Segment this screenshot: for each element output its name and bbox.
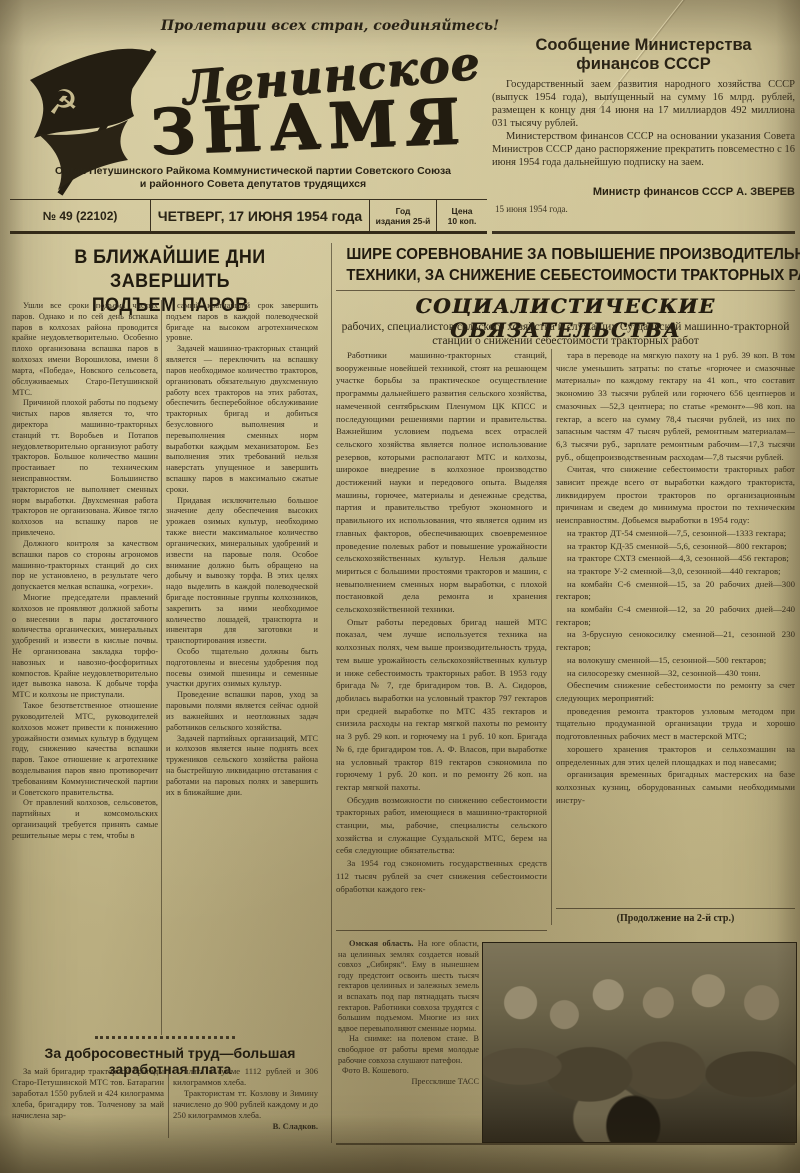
finance-minister-signature: Министр финансов СССР А. ЗВЕРЕВ — [492, 186, 795, 198]
horizontal-rule — [336, 290, 795, 291]
obligations-subtitle: рабочих, специалистов сельского хозяйств… — [338, 321, 793, 348]
paragraph: Считая, что снижение себестоимости тракт… — [556, 463, 795, 527]
paragraph: Омская область. На юге области, на целин… — [338, 939, 479, 1034]
paragraph: Опыт работы передовых бригад нашей МТС п… — [336, 616, 547, 794]
paragraph: От правлений колхозов, сельсоветов, парт… — [12, 798, 158, 841]
agency-credit: Прессклише ТАСС — [338, 1077, 479, 1088]
column-rule — [168, 1066, 169, 1138]
paragraph: Министерством финансов СССР на основании… — [492, 130, 795, 169]
finance-report-date: 15 июня 1954 года. — [495, 204, 695, 214]
paragraph: Задачей машинно-тракторных станций являе… — [166, 344, 318, 495]
caption-region-lead: Омская область. — [349, 939, 413, 948]
hammer-sickle-icon: ☭ — [48, 85, 78, 122]
paragraph: тара в переводе на мягкую пахоту на 1 ру… — [556, 349, 795, 463]
continuation-note: (Продолжение на 2-й стр.) — [556, 913, 795, 924]
paragraph: организация временных бригадных мастерск… — [556, 768, 795, 806]
column-rule — [551, 349, 552, 925]
finance-report-title: Сообщение Министерства финансов СССР — [492, 36, 795, 74]
list-item: на волокушу сменной—15, сезонной—500 гек… — [556, 654, 795, 667]
paragraph: Обсудив возможности по снижению себестои… — [336, 794, 547, 858]
newspaper-title-caps: ЗНАМЯ — [149, 85, 461, 169]
paragraph: Особо тщательно должны быть подготовлены… — [166, 647, 318, 690]
lead-article-column-2: самый кратчайший срок завершить подъем п… — [166, 301, 318, 1035]
paragraph: Государственный заем развития народного … — [492, 78, 795, 130]
author-signature: В. Сладков. — [173, 1121, 318, 1132]
list-item: на трактор ДТ-54 сменной—7,5, сезонной—1… — [556, 527, 795, 540]
issue-date: ЧЕТВЕРГ, 17 ИЮНЯ 1954 года — [150, 200, 369, 231]
paragraph: Должного контроля за качеством вспашки п… — [12, 539, 158, 593]
date-bar: № 49 (22102) ЧЕТВЕРГ, 17 ИЮНЯ 1954 года … — [10, 199, 487, 234]
paragraph: Проведение вспашки паров, уход за паровы… — [166, 690, 318, 733]
paragraph: За май бригадир тракторной бригады Старо… — [12, 1066, 164, 1121]
paragraph: Обеспечим снижение себестоимости по ремо… — [556, 679, 795, 704]
paragraph: Придавая исключительно большое значение … — [166, 496, 318, 647]
paragraph: Трактористам тт. Козлову и Зимину начисл… — [173, 1088, 318, 1121]
issue-number: № 49 (22102) — [10, 200, 150, 231]
list-item: на трактор КД-35 сменной—5,6, сезонной—8… — [556, 540, 795, 553]
photo-caption: Омская область. На юге области, на целин… — [338, 939, 479, 1139]
newspaper-page: Пролетарии всех стран, соединяйтесь! ☭ Л… — [0, 0, 800, 1173]
list-item: на комбайн С-6 сменной—15, за 20 рабочих… — [556, 578, 795, 603]
lead-article-column-1: Ушли все сроки подъема чистых паров. Одн… — [12, 301, 158, 1035]
list-item: на силосорезку сменной—32, сезонной—430 … — [556, 667, 795, 680]
ornamental-divider — [95, 1036, 235, 1039]
paragraph: На снимке: на полевом стане. В свободное… — [338, 1034, 479, 1066]
paragraph: проведения ремонта тракторов узловым мет… — [556, 705, 795, 743]
horizontal-rule — [556, 908, 795, 909]
obligations-column-1: Работники машинно-тракторных станций, во… — [336, 349, 547, 923]
edition-year: Год издания 25-й — [369, 200, 436, 231]
paragraph: плата в сумме 1112 рублей и 306 килограм… — [173, 1066, 318, 1088]
list-item: на 3-брусную сенокосилку сменной—21, сез… — [556, 628, 795, 653]
wage-article-column-2: плата в сумме 1112 рублей и 306 килограм… — [173, 1066, 318, 1140]
page-bottom-rule — [336, 1143, 795, 1145]
paragraph: Задачей партийных организаций, МТС и кол… — [166, 734, 318, 799]
photo-credit: Фото В. Кошевого. — [338, 1066, 479, 1077]
column-rule — [161, 300, 162, 1035]
section-divider-rule — [331, 243, 332, 1143]
price: Цена 10 коп. — [436, 200, 487, 231]
list-item: на тракторе СХТЗ сменной—4,3, сезонной—4… — [556, 552, 795, 565]
paragraph: Такое безответственное отношение руковод… — [12, 701, 158, 798]
organ-line: Орган Петушинского Райкома Коммунистичес… — [22, 165, 484, 191]
paragraph: За 1954 год сэкономить государственных с… — [336, 857, 547, 895]
slogan: Пролетарии всех стран, соединяйтесь! — [160, 18, 500, 34]
paragraph: Работники машинно-тракторных станций, во… — [336, 349, 547, 616]
paragraph: Причиной плохой работы по подъему чистых… — [12, 398, 158, 539]
wage-article-column-1: За май бригадир тракторной бригады Старо… — [12, 1066, 164, 1140]
obligations-column-2: тара в переводе на мягкую пахоту на 1 ру… — [556, 349, 795, 905]
paragraph: хорошего хранения тракторов и сельхозмаш… — [556, 743, 795, 768]
horizontal-rule — [336, 930, 547, 931]
paragraph: самый кратчайший срок завершить подъем п… — [166, 301, 318, 344]
paragraph: Ушли все сроки подъема чистых паров. Одн… — [12, 301, 158, 398]
list-item: на комбайн С-4 сменной—12, за 20 рабочих… — [556, 603, 795, 628]
paragraph: Многие председатели правлений колхозов н… — [12, 593, 158, 701]
photo-collective-farm-workers — [482, 942, 797, 1143]
horizontal-rule — [492, 231, 795, 234]
list-item: на тракторе У-2 сменной—3,0, сезонной—44… — [556, 565, 795, 578]
obligations-headline: ШИРЕ СОРЕВНОВАНИЕ ЗА ПОВЫШЕНИЕ ПРОИЗВОДИ… — [336, 245, 795, 286]
finance-report-body: Государственный заем развития народного … — [492, 78, 795, 169]
